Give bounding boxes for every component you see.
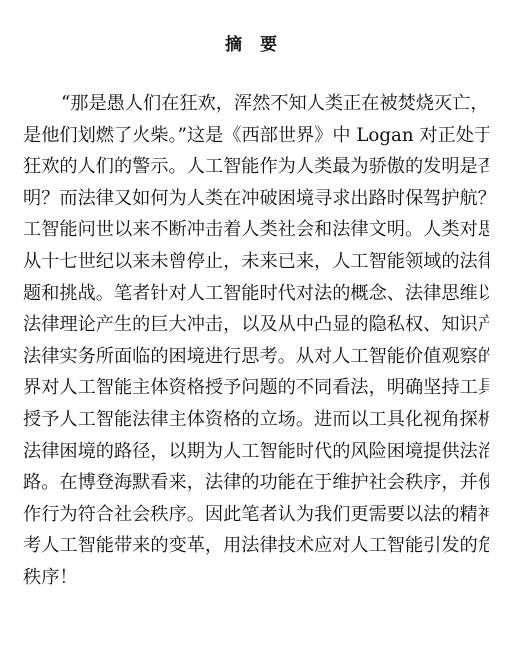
text-line: 法律实务所面临的困境进行思考。从对人工智能价值观察的视角，探讨学: [23, 345, 489, 377]
text-line: 考人工智能带来的变革，用法律技术应对人工智能引发的危机，捍卫人类: [23, 534, 489, 566]
text-line: 工智能问世以来不断冲击着人类社会和法律文明。人类对思维本质的探索: [23, 218, 489, 250]
text-line: 题和挑战。笔者针对人工智能时代对法的概念、法律思维以及法律关系等: [23, 282, 489, 314]
text-line: 是他们划燃了火柴。”这是《西部世界》中 Logan 对正处于为人工智能而: [23, 124, 489, 156]
text-line: “那是愚人们在狂欢，浑然不知人类正在被焚烧灭亡，最好笑的在于，: [23, 92, 489, 124]
text-line: 界对人工智能主体资格授予问题的不同看法，明确坚持工具化视角，禁止: [23, 376, 489, 408]
text-line: 秩序！: [23, 566, 489, 598]
text-line: 从十七世纪以来未曾停止，未来已来，人工智能领域的法律将迎接新的命: [23, 250, 489, 282]
abstract-title: 摘 要: [0, 30, 508, 55]
text-line: 路。在博登海默看来，法律的功能在于维护社会秩序，并使人类生活和工: [23, 471, 489, 503]
text-line: 狂欢的人们的警示。人工智能作为人类最为骄傲的发明是否会终结人类文: [23, 155, 489, 187]
abstract-paragraph: “那是愚人们在狂欢，浑然不知人类正在被焚烧灭亡，最好笑的在于， 是他们划燃了火柴…: [23, 92, 489, 598]
text-line: 授予人工智能法律主体资格的立场。进而以工具化视角探析突破人工智能: [23, 408, 489, 440]
text-line: 作行为符合社会秩序。因此笔者认为我们更需要以法的精神和法学理念思: [23, 503, 489, 535]
text-line: 法律困境的路径，以期为人工智能时代的风险困境提供法治路径和解决思: [23, 440, 489, 472]
text-line: 法律理论产生的巨大冲击，以及从中凸显的隐私权、知识产权与劳动权等: [23, 313, 489, 345]
text-line: 明？而法律又如何为人类在冲破困境寻求出路时保驾护航？这些问题自人: [23, 187, 489, 219]
